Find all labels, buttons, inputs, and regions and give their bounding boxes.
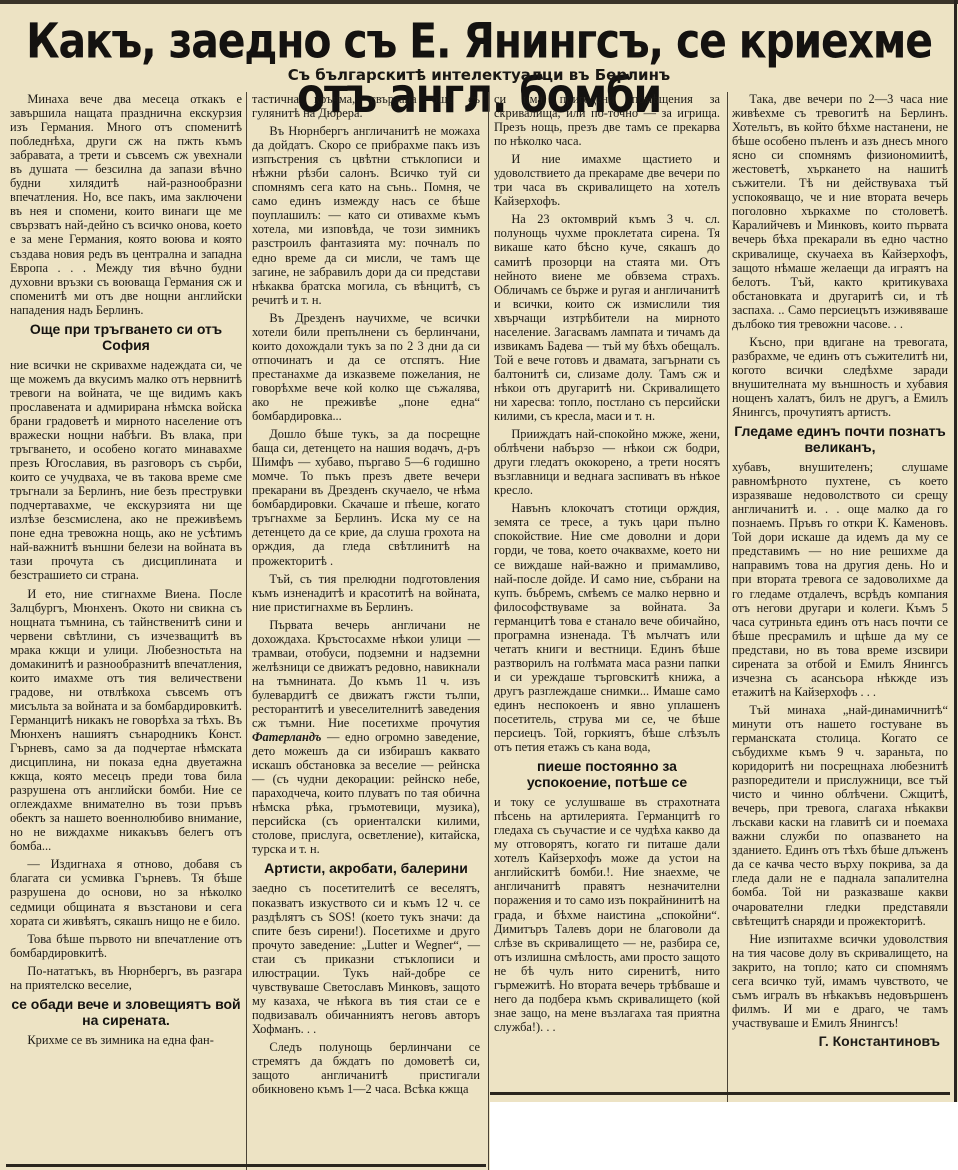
right-border-rule bbox=[954, 0, 957, 1102]
article-column-4: Така, две вечери по 2—3 часа ние живѣехм… bbox=[732, 92, 948, 1048]
article-paragraph: Така, две вечери по 2—3 часа ние живѣехм… bbox=[732, 92, 948, 331]
article-paragraph: заедно съ посетителитѣ се веселятъ, пока… bbox=[252, 881, 480, 1036]
article-column-3: си има пригодени помѣщения за скривалища… bbox=[494, 92, 720, 1038]
newspaper-page: Какъ, заедно съ Е. Янингсъ, се криехме о… bbox=[0, 0, 958, 1170]
article-paragraph: Първата вечерь англичани не дохождаха. К… bbox=[252, 618, 480, 857]
article-paragraph: Навънъ клокочатъ стотици орждия, земята … bbox=[494, 501, 720, 754]
article-paragraph: Въ Дрезденъ научихме, че всички хотели б… bbox=[252, 311, 480, 423]
article-paragraph: Минаха вече два месеца откакъ е завършил… bbox=[10, 92, 242, 317]
article-paragraph: И ето, ние стигнахме Виена. После Залцбу… bbox=[10, 587, 242, 854]
article-paragraph: Въ Нюрнбергъ англичанитѣ не можаха да до… bbox=[252, 124, 480, 307]
column-divider-1 bbox=[246, 92, 247, 1170]
article-paragraph: Прииждатъ най-спокойно мжже, жени, облѣч… bbox=[494, 427, 720, 497]
article-paragraph: Дошло бѣше тукъ, за да посрещне баща си,… bbox=[252, 427, 480, 567]
article-paragraph: На 23 октомврий къмъ 3 ч. сл. полунощь ч… bbox=[494, 212, 720, 423]
paragraph-text: Първата вечерь англичани не дохождаха. К… bbox=[252, 618, 480, 730]
section-subheading: пиеше постоянно за успокоение, потѣше се bbox=[494, 758, 720, 790]
article-paragraph: Ние изпитахме всички удоволствия на тия … bbox=[732, 932, 948, 1030]
article-paragraph: И ние имахме щастието и удоволствието да… bbox=[494, 152, 720, 208]
article-column-2: тастична кръчма, свързана още съ гулянит… bbox=[252, 92, 480, 1100]
column-4-end-rule bbox=[728, 1092, 950, 1095]
section-subheading: се обади вече и зловещиятъ вой на сирена… bbox=[10, 996, 242, 1028]
section-subheading: Още при тръгването си отъ София bbox=[10, 321, 242, 353]
article-paragraph: Тъй, съ тия прелюдни подготовления къмъ … bbox=[252, 572, 480, 614]
article-paragraph: си има пригодени помѣщения за скривалища… bbox=[494, 92, 720, 148]
article-paragraph: Тъй минаха „най-динамичнитѣ“ минути отъ … bbox=[732, 703, 948, 928]
article-paragraph: ние всички не скривахме надеждата си, че… bbox=[10, 358, 242, 583]
article-paragraph: Това бѣше първото ни впечатление отъ бом… bbox=[10, 932, 242, 960]
article-paragraph: Късно, при вдигане на тревогата, разбрах… bbox=[732, 335, 948, 419]
column-divider-2 bbox=[488, 92, 489, 1170]
article-paragraph: — Издигнаха я отново, добавя съ благата … bbox=[10, 857, 242, 927]
article-paragraph: По-нататъкъ, въ Нюрнбергъ, въ разгара на… bbox=[10, 964, 242, 992]
section-subheading: Гледаме единъ почти познатъ великанъ, bbox=[732, 423, 948, 455]
paragraph-text: — едно огромно заведение, дето можешъ да… bbox=[252, 730, 480, 856]
bottom-end-rule bbox=[6, 1164, 486, 1167]
article-paragraph: Следъ полунощь берлинчани се стремятъ да… bbox=[252, 1040, 480, 1096]
article-paragraph: и току се услушваше въ страхотната пѣсен… bbox=[494, 795, 720, 1034]
article-column-1: Минаха вече два месеца откакъ е завършил… bbox=[10, 92, 242, 1051]
article-paragraph: тастична кръчма, свързана още съ гулянит… bbox=[252, 92, 480, 120]
column-3-end-rule bbox=[490, 1092, 728, 1095]
venue-name: Фатерландъ bbox=[252, 730, 321, 744]
article-paragraph: хубавъ, внушителенъ; слушаме равномѣрнот… bbox=[732, 460, 948, 699]
article-subheadline: Съ българскитѣ интелектуалци въ Берлинъ bbox=[0, 66, 958, 84]
column-divider-3 bbox=[727, 92, 728, 1102]
top-border-rule bbox=[0, 0, 958, 4]
author-signature: Г. Константиновъ bbox=[732, 1034, 940, 1048]
section-subheading: Артисти, акробати, балерини bbox=[252, 860, 480, 876]
article-paragraph: Крихме се въ зимника на една фан- bbox=[10, 1033, 242, 1047]
